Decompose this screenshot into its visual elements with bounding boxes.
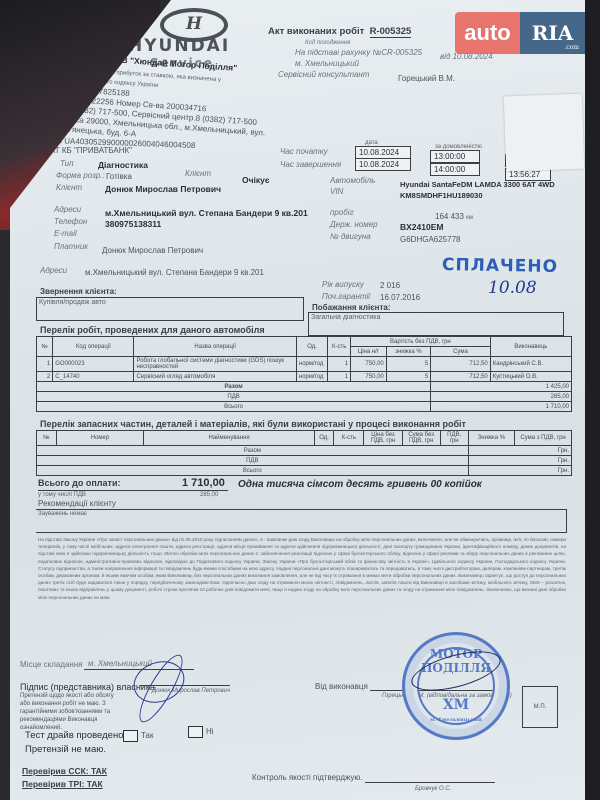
plate-number: BX2410EM — [400, 222, 443, 232]
test-drive-label: Тест драйв проведено: — [25, 730, 126, 741]
payment-form: Готівка — [106, 172, 132, 181]
consultant-name: Горецький В.М. — [398, 74, 455, 83]
recommend-box: Зауважень немає — [36, 509, 567, 533]
works-vat-row: ПДВ285,00 — [37, 392, 572, 402]
mileage-label: пробіг — [330, 208, 354, 217]
qc-signature-line — [365, 782, 495, 783]
total-due-label: Всього до оплати: — [38, 478, 120, 488]
table-row: 1GO000023Робота глобальної системи діагн… — [37, 357, 572, 372]
year-label: Рік випуску — [322, 280, 364, 289]
invoice-basis: На підставі рахунку №СR-005325 — [295, 48, 422, 57]
company-bank: АТ КБ "ПРИВАТБАНК" — [50, 146, 132, 155]
car-model: Hyundai SantaFeDM LAMDA 3300 6AT 4WD — [400, 180, 555, 189]
end-agreed-field: 14:00:00 — [430, 163, 480, 176]
qc-name: Бровчук О.С. — [415, 786, 451, 792]
mp-box: М.П. — [522, 686, 558, 728]
mileage: 164 433 км — [435, 212, 473, 221]
client-name: Донюк Мирослав Петрович — [105, 184, 221, 194]
phone-label: Телефон — [54, 217, 87, 226]
approval-code-label: Код погодження — [305, 40, 350, 46]
wish-label: Побажання клієнта: — [312, 303, 391, 312]
table-row: 2C_14740Сервісний огляд автомобілянорм/г… — [37, 372, 572, 382]
client-address: м.Хмельницький вул. Степана Бандери 9 кв… — [105, 208, 308, 218]
payer-address: м.Хмельницький вул. Степана Бандери 9 кв… — [85, 268, 264, 277]
appeal-box: Купівля/продаж авто — [36, 297, 304, 321]
engine-number: G6DHGA625778 — [400, 235, 460, 244]
end-time-label: Час завершення — [280, 160, 341, 169]
no-claims-text: Претензій не маю. — [25, 744, 106, 755]
payer-label: Платник — [54, 242, 88, 251]
plate-label: Держ. номер — [330, 220, 378, 229]
year: 2 016 — [380, 281, 400, 290]
vat-included: 285,00 — [200, 492, 218, 498]
ssk-check: Перевірив ССК: ТАК — [22, 766, 107, 776]
executor-label: Від виконавця — [315, 682, 368, 691]
watermark-ria: RIA.com — [520, 12, 585, 54]
start-time-label: Час початку — [280, 147, 328, 156]
warranty-label: Поч.гарантії — [322, 292, 370, 301]
document-page: H HYUNDAI Service ТОВ "Хюндай Мотор Поді… — [10, 0, 585, 800]
total-due-words: Одна тисяча сімсот десять гривень 00 коп… — [238, 479, 482, 490]
total-due-amount: 1 710,00 — [182, 477, 225, 489]
order-type: Діагностика — [98, 160, 148, 170]
start-agreed-field: 13:00:00 — [430, 150, 480, 163]
owner-note: Претензій щодо якості або обсягу або вик… — [20, 692, 120, 732]
wish-text: Загальна діагностика — [309, 313, 563, 322]
wish-box: Загальна діагностика — [308, 312, 564, 336]
recommend-text: Зауважень немає — [36, 510, 566, 518]
act-title: Акт виконаних робіт R-005325 — [268, 26, 411, 37]
qc-label: Контроль якості підтверджую. — [252, 773, 363, 782]
car-label: Автомобіль — [330, 176, 375, 185]
autoria-watermark: auto RIA.com — [455, 12, 585, 54]
test-drive-yes-label: Так — [141, 731, 153, 740]
warranty-start: 16.07.2016 — [380, 293, 420, 302]
works-total-row: Разом1 425,00 — [37, 382, 572, 392]
total-due-line — [38, 490, 228, 491]
vin-label: VIN — [330, 187, 343, 196]
place-label: Місце складання — [20, 660, 83, 669]
client-label: Клієнт — [56, 183, 82, 192]
email-label: E-mail — [54, 229, 77, 238]
engine-label: № двигуна — [330, 232, 371, 241]
handwritten-date: 10.08 — [488, 278, 537, 298]
appeal-text: Купівля/продаж авто — [37, 298, 303, 307]
payer-name: Донюк Мирослав Петрович — [102, 246, 203, 255]
parts-table: № Номер Найменування Од. К-сть Ціна без … — [36, 430, 572, 476]
test-drive-no-label: Ні — [206, 727, 214, 736]
test-drive-no-checkbox[interactable] — [188, 726, 203, 738]
paid-stamp: СПЛАЧЕНО — [442, 255, 558, 277]
end-date-field: 10.08.2024 — [355, 158, 411, 171]
parts-header-row: № Номер Найменування Од. К-сть Ціна без … — [37, 431, 572, 446]
payer-address-label: Адреси — [40, 266, 67, 275]
type-label: Тип — [60, 159, 73, 168]
act-city: м. Хмельницький — [295, 59, 359, 68]
payment-form-label: Форма розр.: — [56, 171, 105, 180]
parts-title: Перелік запасних частин, деталей і матер… — [40, 419, 466, 429]
test-drive-yes-checkbox[interactable] — [123, 730, 138, 742]
works-header-row: № Код операції Назва операції Од. К-сть … — [37, 337, 572, 347]
parts-vat-row: ПДВГрн. — [37, 456, 572, 466]
works-grand-row: Всього1 710,00 — [37, 402, 572, 412]
address-label: Адреси — [54, 205, 81, 214]
vat-included-label: у тому числі ПДВ — [38, 492, 86, 498]
appeal-label: Звернення клієнта: — [40, 287, 117, 296]
tpi-check: Перевірив ТРІ: ТАК — [22, 779, 103, 789]
privacy-consent-text: На підставі Закону України «Про захист п… — [38, 536, 566, 601]
brand-name: HYUNDAI — [128, 36, 230, 56]
paper-slip — [504, 94, 585, 172]
recommend-label: Рекомендації клієнту — [38, 499, 116, 508]
act-number: R-005325 — [370, 26, 412, 38]
works-table: № Код операції Назва операції Од. К-сть … — [36, 336, 572, 412]
watermark-auto: auto — [455, 12, 520, 54]
parts-total-row: РазомГрн. — [37, 446, 572, 456]
works-title: Перелік робіт, проведених для даного авт… — [40, 325, 265, 335]
vin: KM8SMDHF1HU189030 — [400, 191, 483, 200]
consultant-label: Сервісний консультант — [278, 70, 369, 79]
place-value: м. Хмельницький — [88, 659, 152, 668]
client-status: Очікує — [242, 175, 270, 185]
client-phone: 380975138311 — [105, 219, 161, 229]
client-status-label: Клієнт — [185, 169, 211, 178]
parts-grand-row: ВсьогоГрн. — [37, 466, 572, 476]
